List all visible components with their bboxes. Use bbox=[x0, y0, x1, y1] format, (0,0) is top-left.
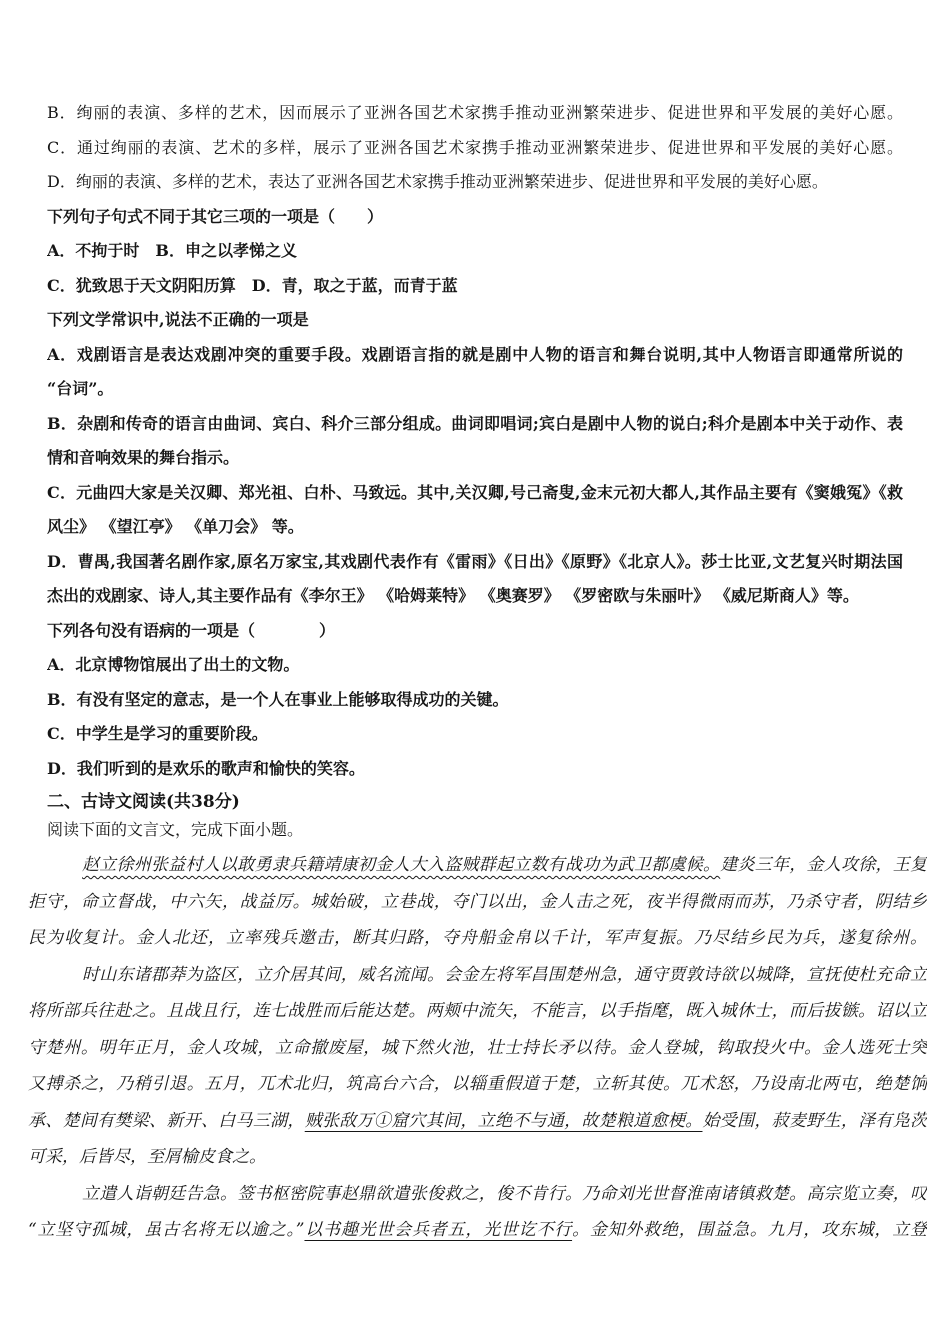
wavy-underlined-clause: 赵立徐州张益村人以敢勇隶兵籍靖康初金人大入盗贼群起立数有战功为武卫都虞候。 bbox=[82, 855, 720, 875]
option-colorful-d: D．绚丽的表演、多样的艺术，表达了亚洲各国艺术家携手推动亚洲繁荣进步、促进世界和… bbox=[47, 165, 903, 200]
option-literary-c-line1: C．元曲四大家是关汉卿、郑光祖、白朴、马致远。其中,关汉卿,号己斋叟,金末元初大… bbox=[47, 476, 903, 511]
passage-line-1: 赵立徐州张益村人以敢勇隶兵籍靖康初金人大入盗贼群起立数有战功为武卫都虞候。建炎三… bbox=[28, 847, 927, 884]
stem-grammar-error: 下列各句没有语病的一项是（ ） bbox=[47, 614, 903, 649]
passage-text: 承、楚间有樊梁、新开、白马三湖， bbox=[28, 1111, 305, 1131]
passage-line-6: 守楚州。明年正月，金人攻城，立命撤废屋，城下然火池，壮士持长矛以待。金人登城，钩… bbox=[28, 1030, 927, 1067]
passage-line-11: “立坚守孤城，虽古名将无以逾之。”以书趣光世会兵者五，光世讫不行。金知外救绝，围… bbox=[28, 1212, 927, 1249]
option-grammar-d: D．我们听到的是欢乐的歌声和愉快的笑容。 bbox=[47, 752, 903, 787]
option-literary-a-line1: A．戏剧语言是表达戏剧冲突的重要手段。戏剧语言指的就是剧中人物的语言和舞台说明,… bbox=[47, 338, 903, 373]
option-literary-a-line2: “台词”。 bbox=[47, 372, 903, 407]
passage-text: 建炎三年，金人攻徐，王复 bbox=[720, 855, 927, 875]
option-colorful-c: C．通过绚丽的表演、艺术的多样，展示了亚洲各国艺术家携手推动亚洲繁荣进步、促进世… bbox=[47, 131, 903, 166]
option-grammar-a: A．北京博物馆展出了出土的文物。 bbox=[47, 648, 903, 683]
section-heading: 二、古诗文阅读(共38分) bbox=[47, 788, 903, 817]
option-literary-b-line1: B．杂剧和传奇的语言由曲词、宾白、科介三部分组成。曲词即唱词;宾白是剧中人物的说… bbox=[47, 407, 903, 442]
passage-line-4: 时山东诸郡莽为盗区，立介居其间，威名流闻。会金左将军昌围楚州急，通守贾敦诗欲以城… bbox=[28, 957, 927, 994]
classical-passage: 赵立徐州张益村人以敢勇隶兵籍靖康初金人大入盗贼群起立数有战功为武卫都虞候。建炎三… bbox=[28, 847, 927, 1249]
reading-instruction: 阅读下面的文言文，完成下面小题。 bbox=[47, 817, 903, 843]
multiple-choice-section: B．绚丽的表演、多样的艺术，因而展示了亚洲各国艺术家携手推动亚洲繁荣进步、促进世… bbox=[47, 96, 903, 786]
option-literary-d-line1: D．曹禺,我国著名剧作家,原名万家宝,其戏剧代表作有《雷雨》《日出》《原野》《北… bbox=[47, 545, 903, 580]
underlined-clause-2: 以书趣光世会兵者五，光世讫不行 bbox=[304, 1220, 572, 1240]
passage-line-10: 立遣人诣朝廷告急。签书枢密院事赵鼎欲遣张俊救之，俊不肯行。乃命刘光世督淮南诸镇救… bbox=[28, 1176, 927, 1213]
option-colorful-b: B．绚丽的表演、多样的艺术，因而展示了亚洲各国艺术家携手推动亚洲繁荣进步、促进世… bbox=[47, 96, 903, 131]
option-pattern-ab: A．不拘于时 B．申之以孝悌之义 bbox=[47, 234, 903, 269]
passage-text: 始受围，菽麦野生，泽有凫茨 bbox=[702, 1111, 927, 1131]
option-pattern-cd: C．犹致思于天文阴阳历算 D．青，取之于蓝，而青于蓝 bbox=[47, 269, 903, 304]
option-grammar-b: B．有没有坚定的意志，是一个人在事业上能够取得成功的关键。 bbox=[47, 683, 903, 718]
passage-line-9: 可采，后皆尽，至屑榆皮食之。 bbox=[28, 1139, 927, 1176]
underlined-clause-1: 贼张敌万①窟穴其间，立绝不与通，故楚粮道愈梗。 bbox=[305, 1111, 703, 1131]
stem-sentence-pattern: 下列句子句式不同于其它三项的一项是（ ） bbox=[47, 200, 903, 235]
option-literary-d-line2: 杰出的戏剧家、诗人,其主要作品有《李尔王》 《哈姆莱特》 《奥赛罗》 《罗密欧与… bbox=[47, 579, 903, 614]
passage-line-3: 民为收复计。金人北还，立率残兵邀击，断其归路，夺舟船金帛以千计，军声复振。乃尽结… bbox=[28, 920, 927, 957]
passage-line-8: 承、楚间有樊梁、新开、白马三湖，贼张敌万①窟穴其间，立绝不与通，故楚粮道愈梗。始… bbox=[28, 1103, 927, 1140]
passage-text: “立坚守孤城，虽古名将无以逾之。” bbox=[28, 1220, 304, 1240]
stem-literary-knowledge: 下列文学常识中,说法不正确的一项是 bbox=[47, 303, 903, 338]
option-literary-b-line2: 情和音响效果的舞台指示。 bbox=[47, 441, 903, 476]
exam-document-page: B．绚丽的表演、多样的艺术，因而展示了亚洲各国艺术家携手推动亚洲繁荣进步、促进世… bbox=[0, 0, 950, 1344]
option-literary-c-line2: 风尘》 《望江亭》 《单刀会》 等。 bbox=[47, 510, 903, 545]
passage-line-7: 又搏杀之，乃稍引退。五月，兀术北归，筑高台六合，以辎重假道于楚，立斩其使。兀术怒… bbox=[28, 1066, 927, 1103]
passage-line-2: 拒守，命立督战，中六矢，战益厉。城始破，立巷战，夺门以出，金人击之死，夜半得微雨… bbox=[28, 884, 927, 921]
passage-line-5: 将所部兵往赴之。且战且行，连七战胜而后能达楚。两颊中流矢，不能言，以手指麾，既入… bbox=[28, 993, 927, 1030]
passage-text: 。金知外救绝，围益急。九月，攻东城，立登 bbox=[572, 1220, 927, 1240]
option-grammar-c: C．中学生是学习的重要阶段。 bbox=[47, 717, 903, 752]
